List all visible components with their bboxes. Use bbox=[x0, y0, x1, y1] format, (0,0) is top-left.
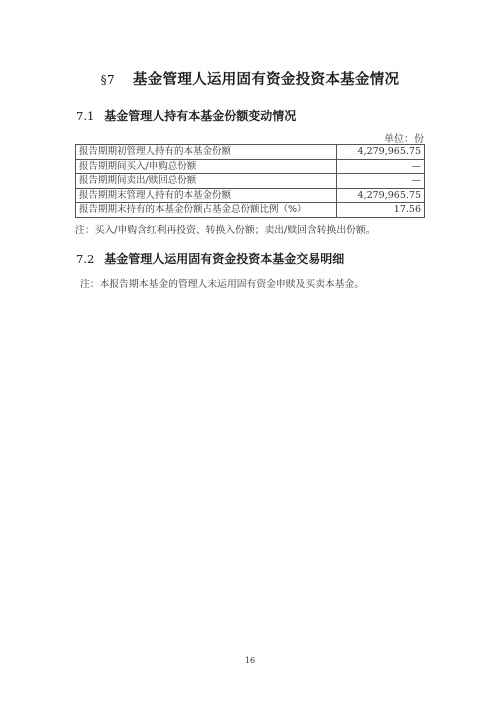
table-row: 报告期期间卖出/赎回总份额 — bbox=[76, 174, 425, 189]
row-label: 报告期期末管理人持有的本基金份额 bbox=[76, 188, 337, 203]
row-value: 17.56 bbox=[337, 203, 425, 218]
row-label: 报告期期间买入/申购总份额 bbox=[76, 159, 337, 174]
unit-label: 单位：份 bbox=[384, 130, 424, 145]
row-value: 4,279,965.75 bbox=[337, 145, 425, 160]
subsection-heading-7-1: 7.1基金管理人持有本基金份额变动情况 bbox=[76, 107, 296, 124]
row-value: — bbox=[337, 159, 425, 174]
holdings-change-table: 报告期期初管理人持有的本基金份额 4,279,965.75 报告期期间买入/申购… bbox=[75, 144, 425, 218]
subsection-heading-7-2: 7.2基金管理人运用固有资金投资本基金交易明细 bbox=[76, 250, 344, 267]
subsection-title: 基金管理人运用固有资金投资本基金交易明细 bbox=[104, 252, 344, 266]
section-heading: §7基金管理人运用固有资金投资本基金情况 bbox=[0, 68, 500, 89]
row-label: 报告期期末持有的本基金份额占基金总份额比例（%） bbox=[76, 203, 337, 218]
table-row: 报告期期末管理人持有的本基金份额 4,279,965.75 bbox=[76, 188, 425, 203]
row-label: 报告期期初管理人持有的本基金份额 bbox=[76, 145, 337, 160]
row-value: — bbox=[337, 174, 425, 189]
subsection-note: 注：本报告期本基金的管理人未运用固有资金申赎及买卖本基金。 bbox=[80, 276, 364, 290]
row-label: 报告期期间卖出/赎回总份额 bbox=[76, 174, 337, 189]
table-row: 报告期期末持有的本基金份额占基金总份额比例（%） 17.56 bbox=[76, 203, 425, 218]
table-footnote: 注：买入/申购含红利再投资、转换入份额；卖出/赎回含转换出份额。 bbox=[75, 222, 376, 236]
table-row: 报告期期间买入/申购总份额 — bbox=[76, 159, 425, 174]
subsection-number: 7.1 bbox=[76, 109, 94, 123]
row-value: 4,279,965.75 bbox=[337, 188, 425, 203]
section-number: §7 bbox=[101, 73, 115, 87]
subsection-title: 基金管理人持有本基金份额变动情况 bbox=[104, 109, 296, 123]
page-number: 16 bbox=[0, 656, 500, 665]
subsection-number: 7.2 bbox=[76, 252, 94, 266]
section-title: 基金管理人运用固有资金投资本基金情况 bbox=[133, 71, 399, 88]
table-row: 报告期期初管理人持有的本基金份额 4,279,965.75 bbox=[76, 145, 425, 160]
